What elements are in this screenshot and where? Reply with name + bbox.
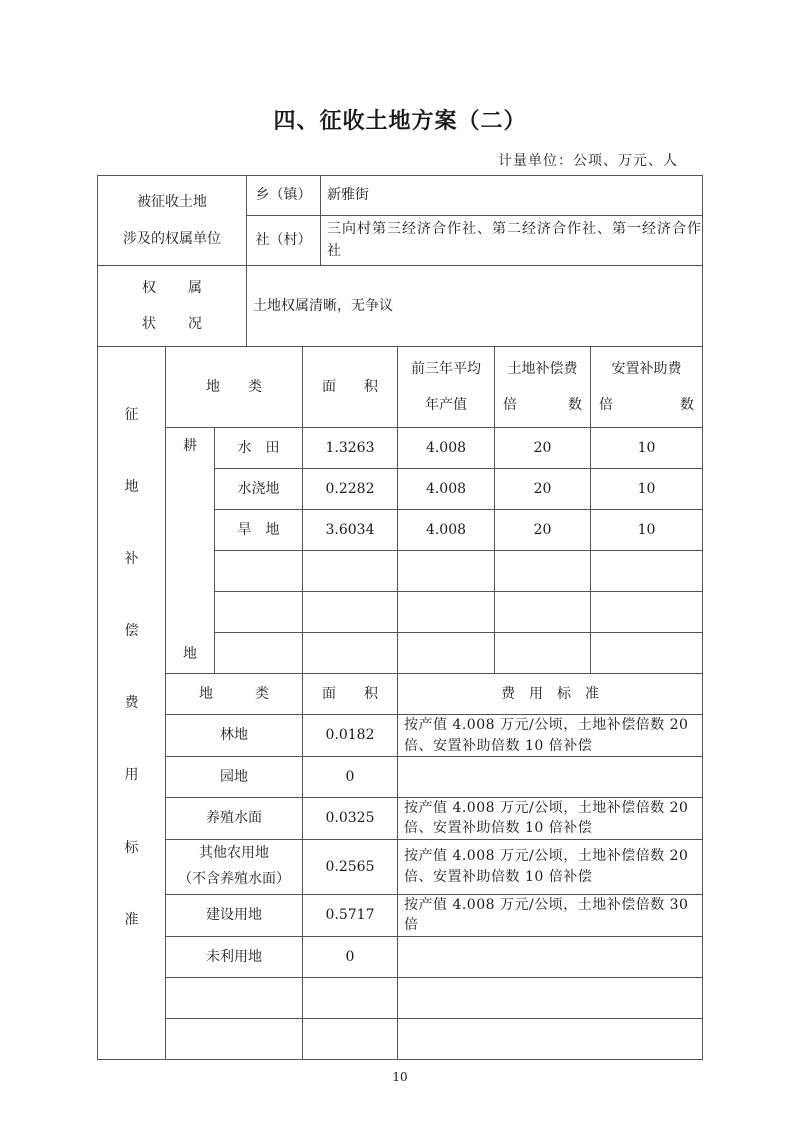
cultivated-resettle-multiple	[591, 633, 703, 674]
other-standard: 按产值 4.008 万元/公顷，土地补偿倍数 20 倍、安置补助倍数 10 倍补…	[398, 798, 703, 840]
cultivated-avg-output: 4.008	[398, 469, 495, 510]
cultivated-label-top: 耕	[183, 438, 197, 454]
cultivated-land-multiple: 20	[495, 510, 591, 551]
header-resettle-char: 倍	[599, 387, 613, 423]
cultivated-type: 水 田	[215, 428, 303, 469]
other-area	[303, 1018, 398, 1059]
other-standard: 按产值 4.008 万元/公顷，土地补偿倍数 30 倍	[398, 894, 703, 936]
other-type: 林地	[166, 715, 303, 757]
status-label-char: 属	[188, 270, 202, 306]
other-standard	[398, 936, 703, 977]
other-type-line1: 其他农用地	[166, 841, 302, 866]
status-label-char: 权	[142, 270, 156, 306]
other-standard	[398, 757, 703, 798]
other-standard: 按产值 4.008 万元/公顷，土地补偿倍数 20 倍、安置补助倍数 10 倍补…	[398, 715, 703, 757]
village-value: 三向村第三经济合作社、第二经济合作社、第一经济合作社	[321, 216, 703, 266]
side-label-char: 偿	[125, 623, 139, 639]
other-type	[166, 977, 303, 1018]
status-label-char: 状	[142, 306, 156, 342]
cultivated-area: 1.3263	[303, 428, 398, 469]
other-type-line2: （不含养殖水面）	[166, 867, 302, 892]
cultivated-resettle-multiple: 10	[591, 510, 703, 551]
ownership-label-line2: 涉及的权属单位	[98, 221, 246, 257]
other-area: 0	[303, 936, 398, 977]
other-area: 0.5717	[303, 894, 398, 936]
cultivated-type	[215, 633, 303, 674]
cultivated-area: 3.6034	[303, 510, 398, 551]
village-label: 社（村）	[247, 216, 321, 266]
header-avg-output-line1: 前三年平均	[398, 351, 494, 387]
header-land-comp-line1: 土地补偿费	[495, 351, 590, 387]
other-header-standard: 费 用 标 准	[398, 674, 703, 715]
side-label-char: 地	[125, 479, 139, 495]
other-header-land-type: 地 类	[166, 674, 303, 715]
cultivated-area	[303, 551, 398, 592]
cultivated-avg-output	[398, 551, 495, 592]
other-area: 0	[303, 757, 398, 798]
township-value: 新雅街	[321, 176, 703, 216]
cultivated-land-multiple: 20	[495, 428, 591, 469]
header-avg-output-line2: 年产值	[398, 387, 494, 423]
other-type: 建设用地	[166, 894, 303, 936]
cultivated-type	[215, 592, 303, 633]
cultivated-land-multiple: 20	[495, 469, 591, 510]
cultivated-land-multiple	[495, 592, 591, 633]
cultivated-avg-output	[398, 592, 495, 633]
cultivated-label: 耕 地	[166, 428, 215, 674]
other-header-area: 面 积	[303, 674, 398, 715]
header-resettle: 安置补助费 倍数	[591, 347, 703, 428]
other-type	[166, 1018, 303, 1059]
other-area	[303, 977, 398, 1018]
other-type: 园地	[166, 757, 303, 798]
cultivated-type: 旱 地	[215, 510, 303, 551]
other-standard	[398, 977, 703, 1018]
status-value: 土地权属清晰，无争议	[247, 266, 703, 347]
cultivated-avg-output	[398, 633, 495, 674]
header-area: 面 积	[303, 347, 398, 428]
ownership-label-line1: 被征收土地	[98, 184, 246, 220]
side-label-char: 征	[125, 407, 139, 423]
side-label-char: 标	[125, 840, 139, 856]
cultivated-land-multiple	[495, 551, 591, 592]
side-label-char: 准	[125, 912, 139, 928]
cultivated-type: 水浇地	[215, 469, 303, 510]
side-label-char: 费	[125, 695, 139, 711]
side-label-char: 补	[125, 551, 139, 567]
cultivated-resettle-multiple: 10	[591, 469, 703, 510]
other-type: 养殖水面	[166, 798, 303, 840]
cultivated-land-multiple	[495, 633, 591, 674]
status-label-char: 况	[188, 306, 202, 342]
cultivated-label-bottom: 地	[183, 646, 197, 662]
cultivated-resettle-multiple	[591, 551, 703, 592]
cultivated-avg-output: 4.008	[398, 428, 495, 469]
header-land-comp: 土地补偿费 倍数	[495, 347, 591, 428]
township-label: 乡（镇）	[247, 176, 321, 216]
other-area: 0.0325	[303, 798, 398, 840]
page-number: 10	[0, 1070, 800, 1084]
header-resettle-line1: 安置补助费	[591, 351, 702, 387]
cultivated-resettle-multiple: 10	[591, 428, 703, 469]
other-standard	[398, 1018, 703, 1059]
cultivated-area	[303, 592, 398, 633]
status-label: 权 属 状 况	[98, 266, 247, 347]
header-avg-output: 前三年平均 年产值	[398, 347, 495, 428]
cultivated-area	[303, 633, 398, 674]
header-land-type: 地 类	[166, 347, 303, 428]
unit-note: 计量单位：公项、万元、人	[498, 150, 678, 170]
ownership-label: 被征收土地 涉及的权属单位	[98, 176, 247, 266]
other-type: 未利用地	[166, 936, 303, 977]
compensation-side-label: 征 地 补 偿 费 用 标 准	[98, 347, 166, 1060]
other-area: 0.0182	[303, 715, 398, 757]
cultivated-area: 0.2282	[303, 469, 398, 510]
cultivated-resettle-multiple	[591, 592, 703, 633]
land-acquisition-table: 被征收土地 涉及的权属单位 乡（镇） 新雅街 社（村） 三向村第三经济合作社、第…	[97, 175, 703, 1060]
header-resettle-char: 数	[680, 387, 694, 423]
header-land-comp-char: 数	[568, 387, 582, 423]
other-standard: 按产值 4.008 万元/公顷，土地补偿倍数 20 倍、安置补助倍数 10 倍补…	[398, 839, 703, 894]
document-title: 四、征收土地方案（二）	[0, 104, 800, 135]
other-area: 0.2565	[303, 839, 398, 894]
cultivated-type	[215, 551, 303, 592]
cultivated-avg-output: 4.008	[398, 510, 495, 551]
other-type: 其他农用地 （不含养殖水面）	[166, 839, 303, 894]
header-land-comp-char: 倍	[503, 387, 517, 423]
side-label-char: 用	[125, 767, 139, 783]
